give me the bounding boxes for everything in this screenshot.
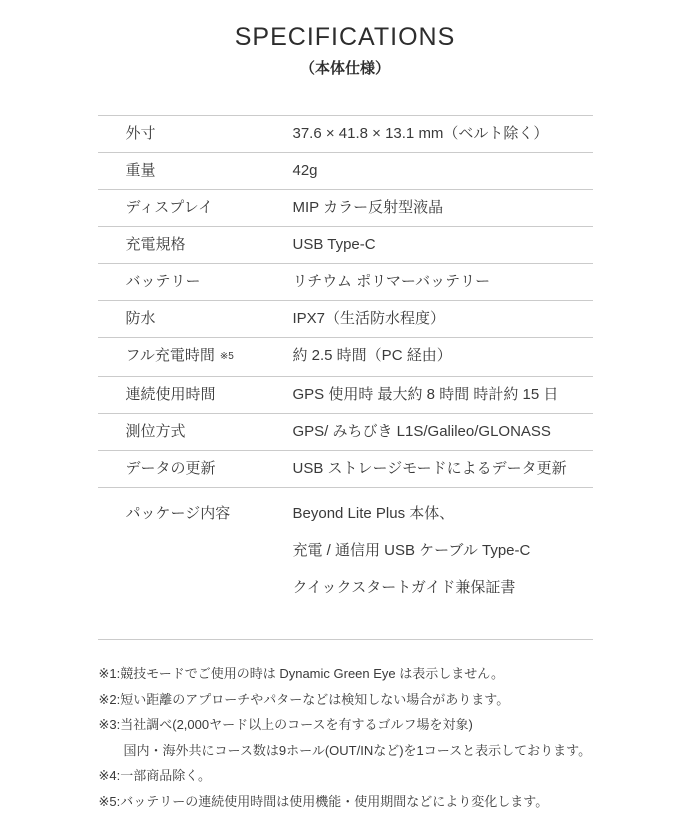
footnote-line: ※1:競技モードでご使用の時は Dynamic Green Eye は表示しませ… (99, 661, 598, 687)
table-row: バッテリーリチウム ポリマーバッテリー (98, 264, 593, 301)
specifications-page: SPECIFICATIONS （本体仕様） 外寸37.6 × 41.8 × 13… (0, 0, 690, 831)
spec-label-text: 重量 (126, 162, 156, 179)
spec-label-text: 外寸 (126, 125, 156, 142)
spec-label-text: フル充電時間 (126, 347, 215, 364)
spec-label: 連続使用時間 (98, 377, 293, 413)
spec-value: リチウム ポリマーバッテリー (293, 264, 593, 300)
spec-value: USB Type-C (293, 227, 593, 263)
spec-value: GPS/ みちびき L1S/Galileo/GLONASS (293, 414, 593, 450)
spec-value-line: クイックスタートガイド兼保証書 (293, 569, 591, 606)
spec-value: Beyond Lite Plus 本体、充電 / 通信用 USB ケーブル Ty… (293, 495, 593, 606)
table-row: フル充電時間※5約 2.5 時間（PC 経由） (98, 338, 593, 377)
spec-label: 防水 (98, 301, 293, 337)
spec-value: IPX7（生活防水程度） (293, 301, 593, 337)
footnote-marker: ※5 (220, 351, 234, 362)
page-subtitle: （本体仕様） (0, 59, 690, 79)
spec-label: 重量 (98, 153, 293, 189)
footnotes: ※1:競技モードでご使用の時は Dynamic Green Eye は表示しませ… (93, 661, 598, 814)
spec-label-text: 充電規格 (126, 236, 186, 253)
page-title: SPECIFICATIONS (0, 0, 690, 52)
table-row: データの更新USB ストレージモードによるデータ更新 (98, 451, 593, 488)
spec-label-text: 防水 (126, 310, 156, 327)
spec-value: 37.6 × 41.8 × 13.1 mm（ベルト除く） (293, 116, 593, 152)
table-row: ディスプレイMIP カラー反射型液晶 (98, 190, 593, 227)
spec-label-text: データの更新 (126, 460, 216, 477)
spec-label: データの更新 (98, 451, 293, 487)
spec-value: GPS 使用時 最大約 8 時間 時計約 15 日 (293, 377, 593, 413)
table-row: 外寸37.6 × 41.8 × 13.1 mm（ベルト除く） (98, 116, 593, 153)
footnote-line: ※5:バッテリーの連続使用時間は使用機能・使用期間などにより変化します。 (99, 789, 598, 815)
footnote-line: 国内・海外共にコース数は9ホール(OUT/INなど)を1コースと表示しております… (99, 738, 598, 764)
spec-label: 外寸 (98, 116, 293, 152)
spec-label: ディスプレイ (98, 190, 293, 226)
spec-value-line: 充電 / 通信用 USB ケーブル Type-C (293, 532, 591, 569)
spec-label: フル充電時間※5 (98, 338, 293, 376)
spec-label-text: ディスプレイ (126, 199, 213, 216)
table-row: 充電規格USB Type-C (98, 227, 593, 264)
spec-label: 測位方式 (98, 414, 293, 450)
spec-value-line: Beyond Lite Plus 本体、 (293, 495, 591, 532)
table-row: 防水IPX7（生活防水程度） (98, 301, 593, 338)
spec-label-text: パッケージ内容 (126, 505, 231, 522)
spec-value: 約 2.5 時間（PC 経由） (293, 338, 593, 374)
spec-value: USB ストレージモードによるデータ更新 (293, 451, 593, 487)
table-row: 測位方式GPS/ みちびき L1S/Galileo/GLONASS (98, 414, 593, 451)
spec-label: バッテリー (98, 264, 293, 300)
spec-label: パッケージ内容 (98, 495, 293, 532)
spec-label: 充電規格 (98, 227, 293, 263)
footnote-line: ※3:当社調べ(2,000ヤード以上のコースを有するゴルフ場を対象) (99, 712, 598, 738)
spec-label-text: バッテリー (126, 273, 201, 290)
footnote-line: ※2:短い距離のアプローチやパターなどは検知しない場合があります。 (99, 687, 598, 713)
spec-label-text: 測位方式 (126, 423, 186, 440)
spec-value: MIP カラー反射型液晶 (293, 190, 593, 226)
spec-table: 外寸37.6 × 41.8 × 13.1 mm（ベルト除く）重量42gディスプレ… (98, 115, 593, 640)
table-row: 重量42g (98, 153, 593, 190)
spec-label-text: 連続使用時間 (126, 386, 216, 403)
footnote-line: ※4:一部商品除く。 (99, 763, 598, 789)
table-row: パッケージ内容Beyond Lite Plus 本体、充電 / 通信用 USB … (98, 488, 593, 640)
spec-value: 42g (293, 153, 593, 189)
table-row: 連続使用時間GPS 使用時 最大約 8 時間 時計約 15 日 (98, 377, 593, 414)
